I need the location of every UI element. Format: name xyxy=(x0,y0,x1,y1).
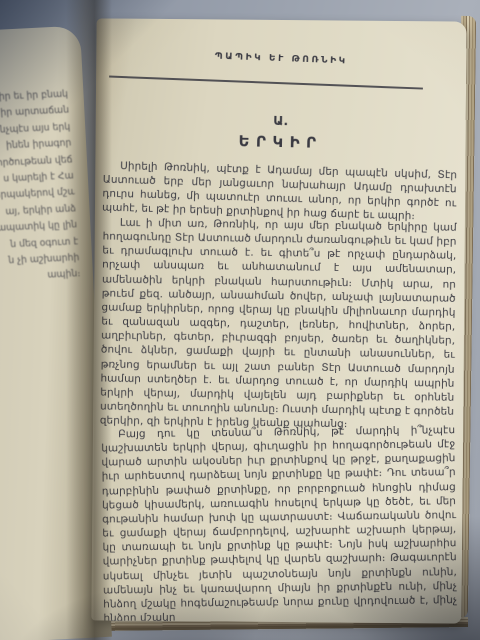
header-rule xyxy=(109,76,423,90)
right-page: ՊԱՊԻԿ ԵՒ ԹՈՌՆԻԿ Ա. ԵՐԿԻՐ Սիրելի Թոռնիկ, … xyxy=(91,18,466,623)
section-letter: Ա. xyxy=(96,109,466,132)
paragraph: Բայց դու կը տեսնա՞ս Թոռնիկ, թէ մարդիկ ի՞… xyxy=(101,423,457,624)
chapter-title: ԵՐԿԻՐ xyxy=(95,129,465,154)
paragraph: Սիրելի Թոռնիկ, պէտք է Ադամայ մեր պապէն ս… xyxy=(102,158,457,224)
paragraph: Լաւ ի միտ առ, Թոռնիկ, որ այս մեր բնակած … xyxy=(100,215,457,433)
book-photo: կիր եւ իր բնակ ի իր արտաճան նչպէս այս եր… xyxy=(0,0,480,640)
book-gutter-shadow xyxy=(66,0,112,640)
body-text: Սիրելի Թոռնիկ, պէտք է Ադամայ մեր պապէն ս… xyxy=(99,158,457,623)
running-header: ՊԱՊԻԿ ԵՒ ԹՈՌՆԻԿ xyxy=(96,47,466,71)
